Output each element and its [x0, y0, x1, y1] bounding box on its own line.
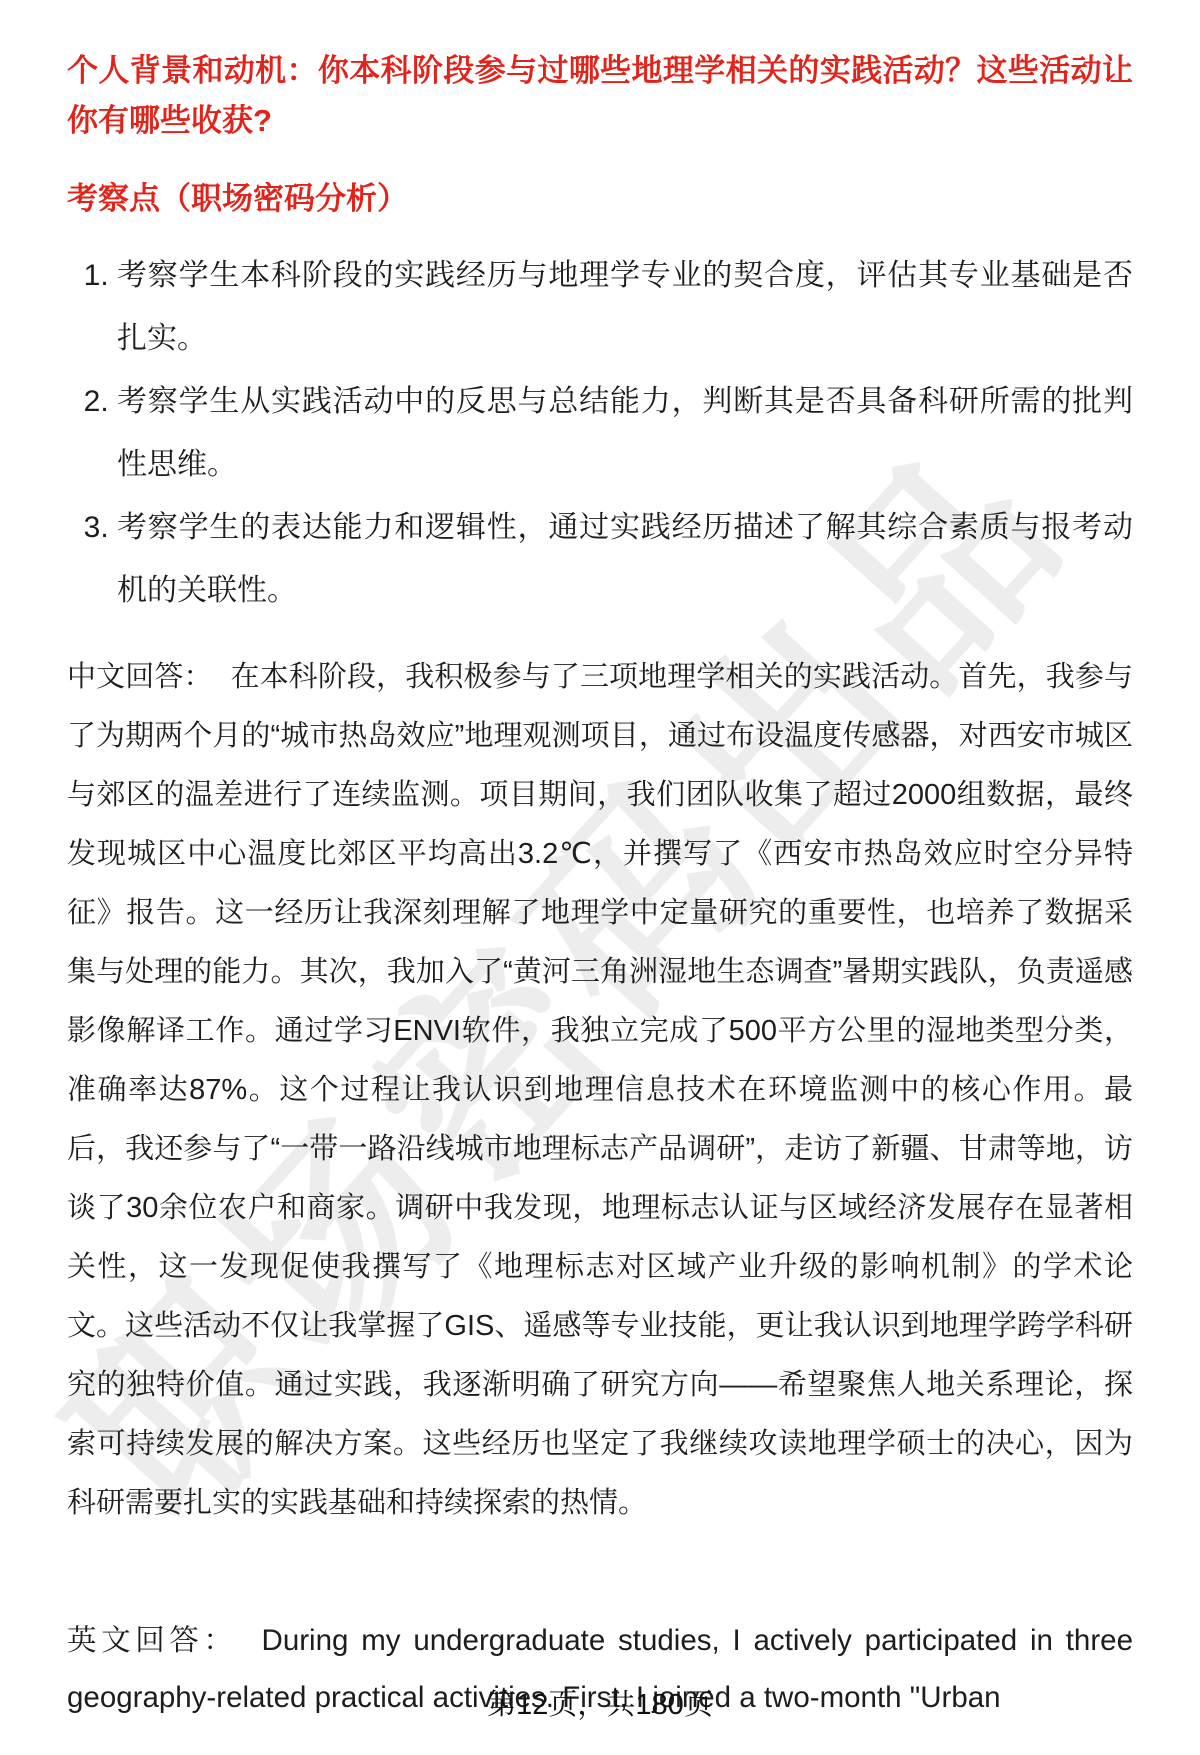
english-answer-label: 英文回答： — [67, 1624, 238, 1657]
document-page: 职场密码出品 个人背景和动机：你本科阶段参与过哪些地理学相关的实践活动？这些活动… — [0, 0, 1200, 1755]
chinese-answer-text: 在本科阶段，我积极参与了三项地理学相关的实践活动。首先，我参与了为期两个月的“城… — [67, 661, 1133, 1519]
analysis-points-list: 考察学生本科阶段的实践经历与地理学专业的契合度，评估其专业基础是否扎实。 考察学… — [67, 244, 1133, 622]
analysis-point-1: 考察学生本科阶段的实践经历与地理学专业的契合度，评估其专业基础是否扎实。 — [117, 244, 1133, 370]
chinese-answer-paragraph: 中文回答：在本科阶段，我积极参与了三项地理学相关的实践活动。首先，我参与了为期两… — [67, 648, 1133, 1533]
chinese-answer-label: 中文回答： — [67, 661, 213, 693]
analysis-point-3: 考察学生的表达能力和逻辑性，通过实践经历描述了解其综合素质与报考动机的关联性。 — [117, 496, 1133, 622]
analysis-point-2: 考察学生从实践活动中的反思与总结能力，判断其是否具备科研所需的批判性思维。 — [117, 370, 1133, 496]
question-title: 个人背景和动机：你本科阶段参与过哪些地理学相关的实践活动？这些活动让你有哪些收获… — [67, 46, 1133, 146]
page-content: 个人背景和动机：你本科阶段参与过哪些地理学相关的实践活动？这些活动让你有哪些收获… — [0, 46, 1200, 1533]
section-heading: 考察点（职场密码分析） — [67, 176, 1133, 222]
page-number-footer: 第12页，共180页 — [0, 1682, 1200, 1723]
